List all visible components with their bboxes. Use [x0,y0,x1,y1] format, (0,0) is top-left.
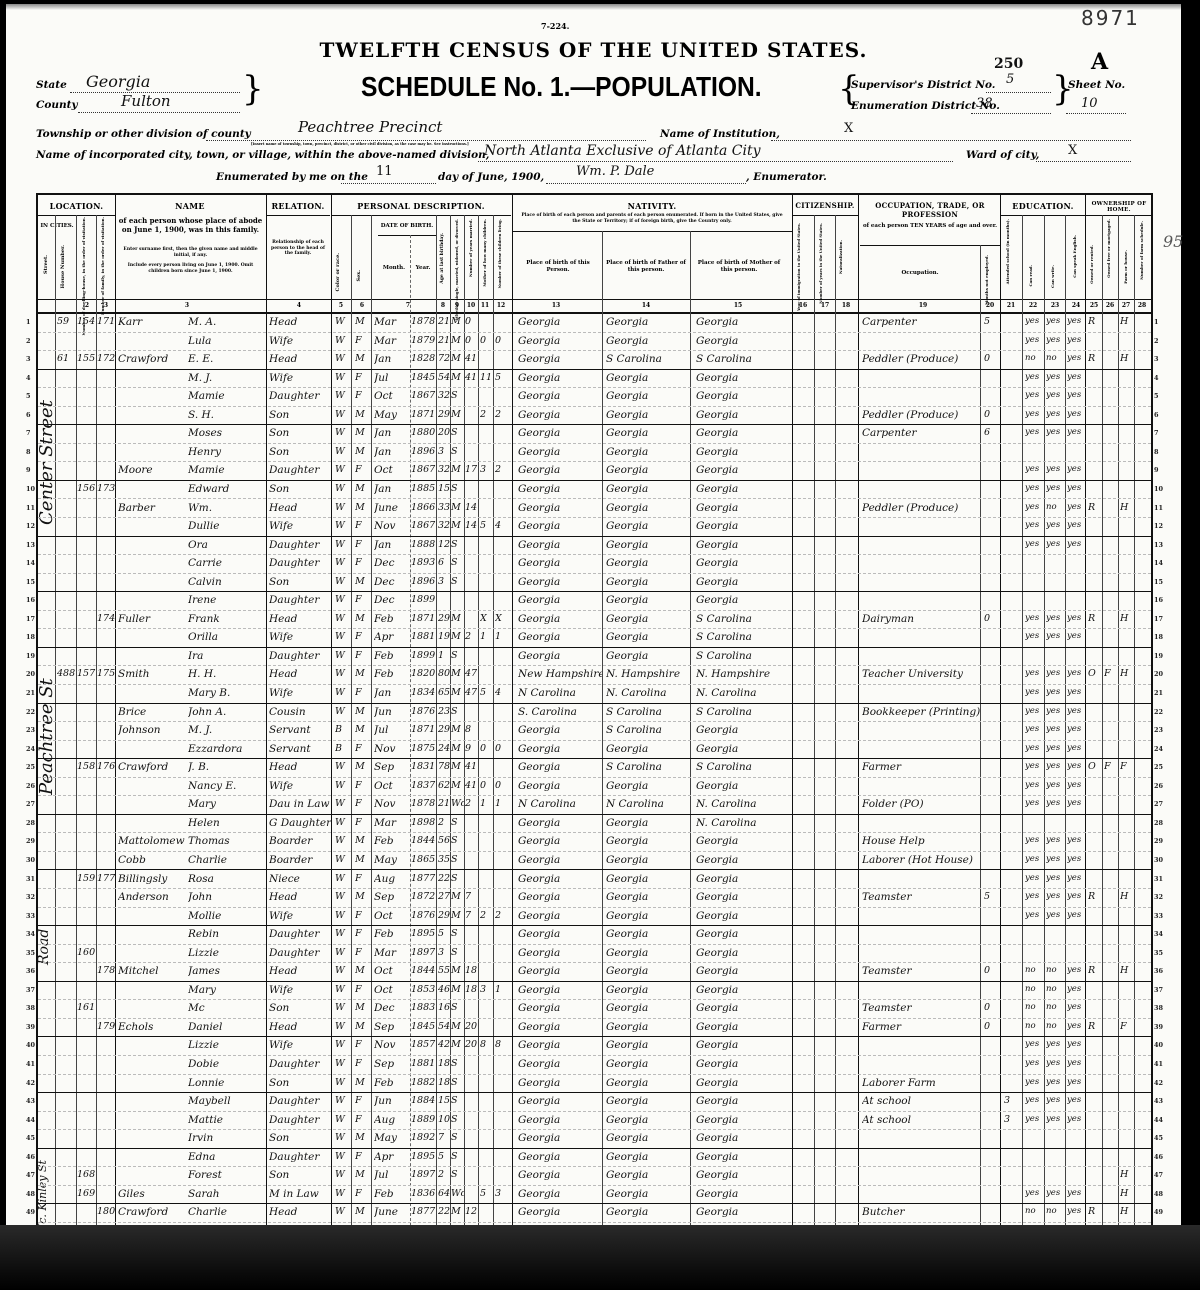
rule [512,231,792,232]
cell-father: Georgia [606,1039,690,1051]
cell-relation: Son [269,409,331,421]
cell-yrs-married: 17 [465,464,478,475]
table-row: 160LizzieDaughterWFMar18973SGeorgiaGeorg… [38,945,1151,964]
cell-living: 8 [495,1039,510,1050]
colnum: 14 [638,302,654,309]
cell-mother: Georgia [696,1114,790,1126]
cell-living: 3 [495,1188,510,1199]
cell-color: W [335,706,349,717]
cell-marital: Wd [451,1188,464,1199]
colnum: 2 [78,302,96,309]
rule [331,215,511,216]
cell-birth: Georgia [518,1095,602,1107]
row-number: 29 [1154,837,1163,845]
cell-english: yes [1067,1114,1085,1124]
cell-sex: F [355,631,369,642]
cell-school: 3 [1004,1095,1020,1106]
section-personal: PERSONAL DESCRIPTION. [331,201,511,211]
cell-month: Jan [374,353,410,365]
cell-father: Georgia [606,817,690,829]
cell-father: Georgia [606,873,690,885]
enumerator-value: Wm. P. Dale [576,164,654,179]
cell-marital: S [451,873,464,884]
vh-family: Number of family, in the order of visita… [100,217,105,315]
cell-occupation: Teamster [862,965,980,977]
cell-write: yes [1046,1095,1065,1105]
cell-write: yes [1046,854,1065,864]
cell-year: 1893 [411,557,436,568]
cell-marital: M [451,743,464,754]
cell-farm: H [1120,668,1134,679]
cell-mother: Georgia [696,335,790,347]
row-number: 6 [1154,411,1159,419]
scan-edge [6,4,1181,10]
cell-given: Helen [188,817,264,829]
cell-marital: M [451,520,464,531]
row-number-left: 9 [26,466,31,474]
cell-birth: Georgia [518,539,602,551]
nativity-desc: Place of birth of each person and parent… [518,213,786,224]
cell-father: Georgia [606,1058,690,1070]
cell-year: 1867 [411,390,436,401]
cell-age: 65 [438,687,450,698]
date-of-birth: DATE OF BIRTH. [378,223,436,230]
row-number-left: 13 [26,541,35,549]
cell-given: James [188,965,264,977]
cell-color: W [335,1058,349,1069]
cell-relation: Servant [269,724,331,736]
row-number-left: 45 [26,1134,35,1142]
cell-english: yes [1067,390,1085,400]
occupation-col: Occupation. [860,270,980,277]
row-number: 28 [1154,819,1163,827]
cell-read: yes [1025,539,1044,549]
cell-write: yes [1046,409,1065,419]
table-row: LizzieWifeWFNov185742M2088GeorgiaGeorgia… [38,1037,1151,1056]
birth-person-header: Place of birth of this Person. [516,260,600,274]
cell-given: Daniel [188,1021,264,1033]
cell-mother-of: 5 [480,520,493,531]
cell-occupation: Bookkeeper (Printing) [862,706,980,718]
cell-sex: F [355,650,369,661]
cell-sex: F [355,335,369,346]
cell-age: 12 [438,539,450,550]
vh-years-us: Number of years in the United States. [818,223,823,304]
cell-write: yes [1046,483,1065,493]
row-number: 25 [1154,763,1163,771]
cell-birth: Georgia [518,873,602,885]
cell-color: W [335,631,349,642]
cell-age: 2 [438,1169,450,1180]
cell-mother: Georgia [696,724,790,736]
cell-mother: Georgia [696,390,790,402]
cell-mother: Georgia [696,873,790,885]
cell-write: yes [1046,390,1065,400]
cell-surname: Cobb [118,854,190,866]
cell-relation: Head [269,761,331,773]
cell-yrs-married: 8 [465,724,478,735]
cell-write: yes [1046,372,1065,382]
cell-yrs-married: 20 [465,1021,478,1032]
cell-mother: Georgia [696,576,790,588]
row-number: 38 [1154,1004,1163,1012]
cell-age: 64 [438,1188,450,1199]
cell-write: yes [1046,761,1065,771]
row-number-left: 31 [26,875,35,883]
cell-color: W [335,1206,349,1217]
cell-read: no [1025,1002,1044,1012]
cell-father: Georgia [606,984,690,996]
cell-father: Georgia [606,1151,690,1163]
cell-father: Georgia [606,576,690,588]
colnum: 3 [97,302,115,309]
cell-month: Jul [374,372,410,384]
cell-year: 1897 [411,947,436,958]
cell-english: yes [1067,687,1085,697]
cell-english: yes [1067,984,1085,994]
cell-birth: Georgia [518,761,602,773]
cell-write: yes [1046,873,1065,883]
cell-year: 1882 [411,1077,436,1088]
cell-age: 24 [438,743,450,754]
cell-month: Feb [374,650,410,662]
cell-year: 1880 [411,427,436,438]
cell-age: 7 [438,1132,450,1143]
cell-occupation: Teacher University [862,668,980,680]
county-line [78,112,240,113]
cell-birth: Georgia [518,743,602,755]
cell-write: yes [1046,687,1065,697]
cell-farm: F [1120,1021,1134,1032]
cell-father: Georgia [606,613,690,625]
cell-color: W [335,409,349,420]
stamp-number: 8971 [1081,6,1140,30]
cell-write: yes [1046,1039,1065,1049]
cell-father: Georgia [606,316,690,328]
cell-family: 177 [97,873,115,884]
cell-birth: N Carolina [518,687,602,699]
cell-age: 3 [438,576,450,587]
cell-marital: M [451,965,464,976]
vh-age: Age at last birthday. [440,233,445,284]
cell-write: yes [1046,335,1065,345]
cell-age: 3 [438,446,450,457]
cell-father: Georgia [606,409,690,421]
cell-given: Carrie [188,557,264,569]
cell-age: 29 [438,724,450,735]
cell-own: R [1088,502,1102,513]
cell-month: Jan [374,483,410,495]
cell-relation: Son [269,1077,331,1089]
section-citizenship: CITIZENSHIP. [792,201,858,210]
cell-color: W [335,835,349,846]
cell-mother: Georgia [696,316,790,328]
enumerator-label: , Enumerator. [746,171,827,183]
cell-mother: Georgia [696,1021,790,1033]
row-number: 40 [1154,1041,1163,1049]
cell-relation: Son [269,483,331,495]
cell-sex: F [355,557,369,568]
cell-sex: F [355,520,369,531]
table-row: Nancy E.WifeWFOct183762M4100GeorgiaGeorg… [38,778,1151,797]
table-row: 179EcholsDanielHeadWMSep184554M20Georgia… [38,1019,1151,1038]
cell-yrs-married: 41 [465,372,478,383]
cell-surname: Crawford [118,353,190,365]
cell-english: yes [1067,706,1085,716]
cell-mother: N. Carolina [696,687,790,699]
state-value: Georgia [86,72,150,91]
cell-relation: Cousin [269,706,331,718]
cell-sex: F [355,1095,369,1106]
cell-sex: F [355,1114,369,1125]
cell-year: 1888 [411,539,436,550]
row-number-left: 43 [26,1097,35,1105]
cell-month: Feb [374,928,410,940]
cell-mother-of: 1 [480,798,493,809]
rule [1085,215,1153,216]
cell-occupation: Teamster [862,891,980,903]
row-number-left: 24 [26,745,35,753]
cell-marital: S [451,1077,464,1088]
row-number: 32 [1154,893,1163,901]
cell-birth: Georgia [518,891,602,903]
cell-given: M. J. [188,372,264,384]
row-number: 33 [1154,912,1163,920]
cell-occupation: Carpenter [862,316,980,328]
cell-marital: M [451,984,464,995]
cell-given: Wm. [188,502,264,514]
cell-occupation: Farmer [862,761,980,773]
cell-family: 175 [97,668,115,679]
cell-read: yes [1025,743,1044,753]
vh-months-unemployed: Months not employed. [984,255,989,305]
cell-color: W [335,353,349,364]
colnum: 8 [436,302,450,309]
row-number: 39 [1154,1023,1163,1031]
cell-write: yes [1046,1188,1065,1198]
cell-father: Georgia [606,1077,690,1089]
cell-english: yes [1067,539,1085,549]
cell-own: R [1088,1206,1102,1217]
cell-english: yes [1067,1077,1085,1087]
section-education: EDUCATION. [1001,201,1085,211]
row-number-left: 49 [26,1208,35,1216]
cell-marital: M [451,631,464,642]
cell-surname: Echols [118,1021,190,1033]
cell-own: O [1088,668,1102,679]
year-header: Year. [410,265,436,272]
cell-month: May [374,409,410,421]
row-number: 2 [1154,337,1159,345]
cell-year: 1871 [411,724,436,735]
cell-birth: Georgia [518,947,602,959]
colnum: 27 [1118,302,1134,309]
cell-mother: N. Carolina [696,817,790,829]
cell-given: E. E. [188,353,264,365]
cell-relation: Daughter [269,594,331,606]
cell-age: 15 [438,483,450,494]
row-number-left: 22 [26,708,35,716]
cell-color: W [335,1169,349,1180]
cell-given: Rosa [188,873,264,885]
cell-relation: Boarder [269,854,331,866]
row-number: 8 [1154,448,1159,456]
occupation-desc: of each person TEN YEARS of age and over… [860,223,1000,230]
cell-month: Oct [374,390,410,402]
vh-can-read: Can read. [1028,265,1033,287]
cell-mother: Georgia [696,1058,790,1070]
cell-living: 2 [495,464,510,475]
cell-own: R [1088,891,1102,902]
row-number: 4 [1154,374,1159,382]
cell-living: 1 [495,631,510,642]
cell-farm: H [1120,316,1134,327]
cell-father: Georgia [606,427,690,439]
row-number-left: 6 [26,411,31,419]
row-number: 37 [1154,986,1163,994]
cell-father: Georgia [606,1114,690,1126]
cell-farm: H [1120,1206,1134,1217]
cell-month: May [374,1132,410,1144]
cell-sex: M [355,761,369,772]
cell-own: R [1088,1021,1102,1032]
cell-relation: Head [269,1206,331,1218]
cell-month: June [374,502,410,514]
cell-mother: Georgia [696,910,790,922]
table-row: 161McSonWMDec188316SGeorgiaGeorgiaGeorgi… [38,1000,1151,1019]
cell-english: yes [1067,520,1085,530]
cell-relation: Daughter [269,390,331,402]
row-number-left: 17 [26,615,35,623]
cell-mother: Georgia [696,1002,790,1014]
name-instr2: Include every person living on June 1, 1… [118,263,263,274]
cell-marital: S [451,1114,464,1125]
cell-color: W [335,576,349,587]
row-number-left: 29 [26,837,35,845]
cell-father: Georgia [606,835,690,847]
row-number-left: 47 [26,1171,35,1179]
name-instr1: Enter surname first, then the given name… [118,247,263,258]
colnum: 25 [1086,302,1102,309]
section-relation: RELATION. [266,201,330,211]
rule [860,245,1000,246]
cell-father: Georgia [606,1169,690,1181]
cell-write: yes [1046,668,1065,678]
cell-marital: M [451,1039,464,1050]
cell-english: yes [1067,780,1085,790]
cell-color: W [335,1077,349,1088]
cell-mother: Georgia [696,928,790,940]
cell-surname: Giles [118,1188,190,1200]
cell-yrs-married: 47 [465,668,478,679]
enumerated-prefix: Enumerated by me on the [216,171,368,183]
cell-sex: M [355,724,369,735]
cell-month: Sep [374,1021,410,1033]
cell-marital: M [451,613,464,624]
cell-color: W [335,372,349,383]
table-row: 168ForestSonWMJul18972SGeorgiaGeorgiaGeo… [38,1167,1151,1186]
cell-read: yes [1025,427,1044,437]
cell-year: 1866 [411,502,436,513]
cell-mother-of: 1 [480,631,493,642]
table-row: 59154171KarrM. A.HeadWMMar187821M0Georgi… [38,314,1151,333]
cell-read: yes [1025,873,1044,883]
cell-father: Georgia [606,743,690,755]
cell-given: Lizzie [188,1039,264,1051]
cell-month: Jun [374,706,410,718]
row-number-left: 20 [26,670,35,678]
cell-year: 1820 [411,668,436,679]
table-row: S. H.SonWMMay187129M22GeorgiaGeorgiaGeor… [38,407,1151,426]
cell-mother: Georgia [696,427,790,439]
cell-month: Oct [374,910,410,922]
cell-read: yes [1025,910,1044,920]
section-occupation: OCCUPATION, TRADE, OR PROFESSION [860,201,1000,219]
vh-immigration: Year of immigration to the United States… [796,223,801,311]
cell-month: Nov [374,743,410,755]
row-number-left: 23 [26,726,35,734]
cell-mother-of: 0 [480,780,493,791]
cell-given: Charlie [188,854,264,866]
cell-birth: Georgia [518,984,602,996]
cell-month: Oct [374,984,410,996]
cell-mother: Georgia [696,854,790,866]
row-number-left: 7 [26,429,31,437]
row-number-left: 5 [26,392,31,400]
cell-year: 1885 [411,483,436,494]
cell-yrs-married: 0 [465,335,478,346]
cell-english: yes [1067,353,1085,363]
cell-dwelling: 161 [77,1002,96,1013]
month-header: Month. [378,265,410,272]
supervisor-line [986,92,1051,93]
cell-english: yes [1067,854,1085,864]
cell-relation: Head [269,965,331,977]
table-row: 61155172CrawfordE. E.HeadWMJan182872M41G… [38,351,1151,370]
cell-read: yes [1025,761,1044,771]
cell-father: Georgia [606,557,690,569]
cell-color: W [335,1188,349,1199]
cell-birth: Georgia [518,335,602,347]
cell-mother: S Carolina [696,706,790,718]
table-row: EzzardoraServantBFNov187524M900GeorgiaGe… [38,741,1151,760]
cell-own: R [1088,353,1102,364]
cell-write: no [1046,1002,1065,1012]
table-row: 169GilesSarahM in LawWFFeb183664Wd53Geor… [38,1186,1151,1205]
cell-mother: N. Hampshire [696,668,790,680]
cell-given: Irene [188,594,264,606]
row-number: 42 [1154,1079,1163,1087]
cell-color: B [335,743,349,754]
cell-father: Georgia [606,1188,690,1200]
cell-given: Nancy E. [188,780,264,792]
cell-sex: F [355,798,369,809]
cell-father: S Carolina [606,761,690,773]
vh-owned-rented: Owned or rented. [1089,245,1094,284]
cell-marital: M [451,1206,464,1217]
cell-color: W [335,1114,349,1125]
cell-year: 1834 [411,687,436,698]
row-number-left: 2 [26,337,31,345]
cell-dwelling: 155 [77,353,96,364]
cell-birth: Georgia [518,1188,602,1200]
cell-marital: Wd [451,798,464,809]
cell-farm: H [1120,891,1134,902]
table-row: OraDaughterWFJan188812SGeorgiaGeorgiaGeo… [38,537,1151,556]
cell-write: no [1046,965,1065,975]
cell-sex: F [355,947,369,958]
cell-given: Maybell [188,1095,264,1107]
